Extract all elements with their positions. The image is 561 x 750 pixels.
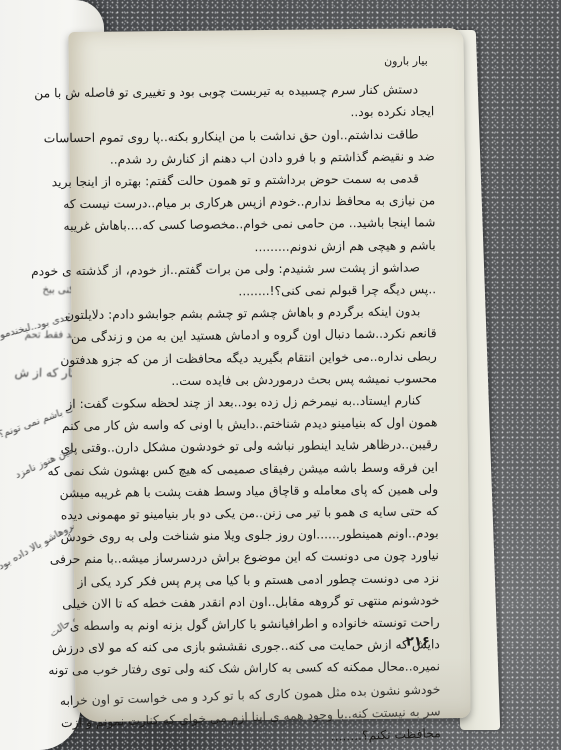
text-line: قانعم نکرد..شما دنبال اون گروه و ادماش ه… bbox=[89, 323, 436, 349]
text-line: باشم و هیچی هم ازش ندونم......... bbox=[89, 234, 436, 260]
book-page: بیار بارون دستش کنار سرم چسبیده به تیربس… bbox=[68, 28, 470, 722]
text-line: شما اینجا باشید.. من حامی نمی خوام..مخصو… bbox=[88, 212, 435, 238]
running-head: بیار بارون bbox=[87, 50, 434, 76]
text-line: نیاورد چون می دونست که این موضوع براش در… bbox=[92, 545, 439, 571]
text-line: نمیره..محال ممکنه که کسی به کاراش شک کنه… bbox=[93, 656, 440, 682]
text-line: رقیبن..درظاهر شاید اینطور نباشه ولی تو خ… bbox=[91, 434, 438, 460]
page-number: ۲۱۶ bbox=[406, 634, 430, 649]
text-line: خودشو نشون بده مثل همون کاری که با تو کر… bbox=[93, 678, 441, 711]
page-text: بیار بارون دستش کنار سرم چسبیده به تیربس… bbox=[87, 50, 441, 748]
text-line: ایجاد نکرده بود.. bbox=[87, 101, 434, 127]
